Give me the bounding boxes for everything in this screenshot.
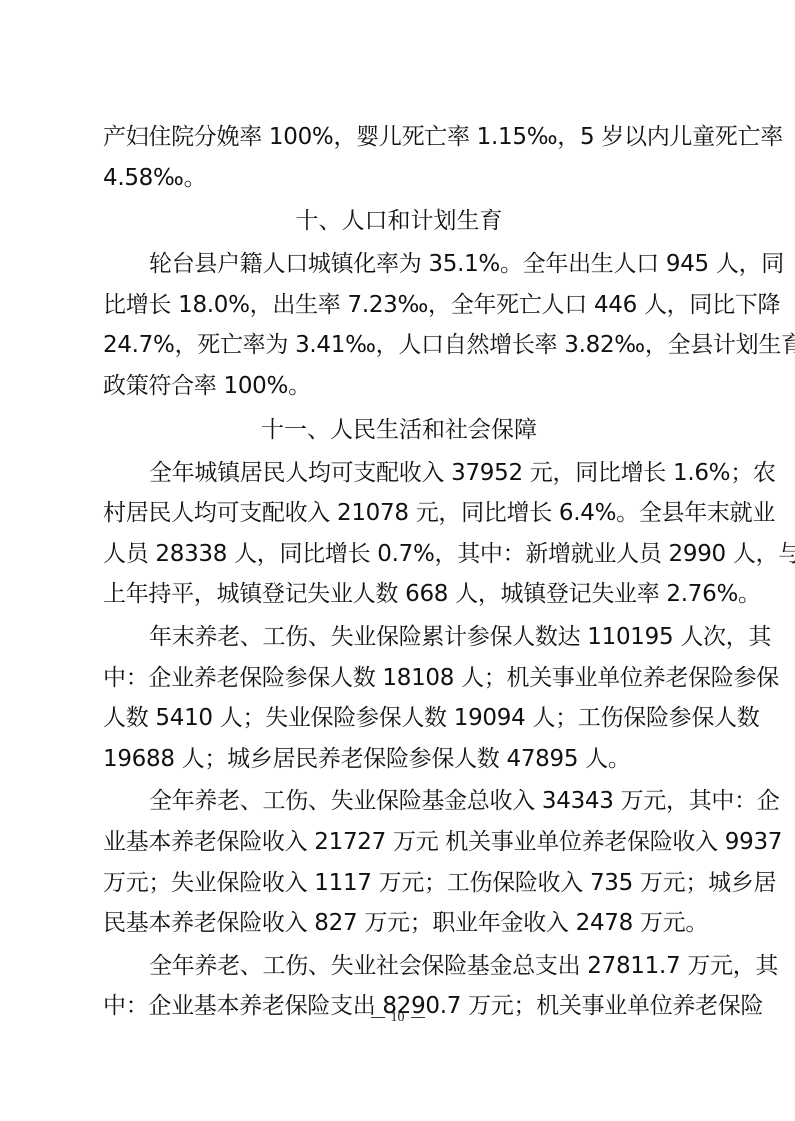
- text-line: 24.7%，死亡率为 3.41‰，人口自然增长率 3.82‰，全县计划生育: [103, 325, 695, 366]
- text-line: 全年养老、工伤、失业保险基金总收入 34343 万元，其中：企: [103, 781, 695, 822]
- paragraph: 年末养老、工伤、失业保险累计参保人数达 110195 人次，其 中：企业养老保险…: [103, 617, 695, 779]
- text-line: 年末养老、工伤、失业保险累计参保人数达 110195 人次，其: [103, 617, 695, 658]
- text-line: 人数 5410 人；失业保险参保人数 19094 人；工伤保险参保人数: [103, 698, 695, 739]
- page-number: 10: [0, 1010, 795, 1026]
- section-heading: 十、人口和计划生育: [103, 198, 695, 244]
- text-line: 村居民人均可支配收入 21078 元，同比增长 6.4%。全县年末就业: [103, 493, 695, 534]
- document-page: 产妇住院分娩率 100%，婴儿死亡率 1.15‰，5 岁以内儿童死亡率 4.58…: [103, 117, 695, 1027]
- text-line: 轮台县户籍人口城镇化率为 35.1%。全年出生人口 945 人，同: [103, 244, 695, 285]
- paragraph: 轮台县户籍人口城镇化率为 35.1%。全年出生人口 945 人，同 比增长 18…: [103, 244, 695, 406]
- section-heading: 十一、人民生活和社会保障: [103, 407, 695, 453]
- dash-decoration: [371, 1017, 385, 1018]
- paragraph: 全年养老、工伤、失业保险基金总收入 34343 万元，其中：企 业基本养老保险收…: [103, 781, 695, 943]
- text-line: 比增长 18.0%，出生率 7.23‰，全年死亡人口 446 人，同比下降: [103, 285, 695, 326]
- intro-paragraph: 产妇住院分娩率 100%，婴儿死亡率 1.15‰，5 岁以内儿童死亡率 4.58…: [103, 117, 695, 198]
- text-line: 民基本养老保险收入 827 万元；职业年金收入 2478 万元。: [103, 903, 695, 944]
- text-line: 产妇住院分娩率 100%，婴儿死亡率 1.15‰，5 岁以内儿童死亡率: [103, 117, 695, 158]
- text-line: 全年城镇居民人均可支配收入 37952 元，同比增长 1.6%；农: [103, 453, 695, 494]
- text-line: 政策符合率 100%。: [103, 366, 695, 407]
- text-line: 4.58‰。: [103, 158, 695, 199]
- section-population: 十、人口和计划生育 轮台县户籍人口城镇化率为 35.1%。全年出生人口 945 …: [103, 198, 695, 406]
- paragraph: 全年城镇居民人均可支配收入 37952 元，同比增长 1.6%；农 村居民人均可…: [103, 453, 695, 615]
- text-line: 19688 人；城乡居民养老保险参保人数 47895 人。: [103, 739, 695, 780]
- section-livelihood-social-security: 十一、人民生活和社会保障 全年城镇居民人均可支配收入 37952 元，同比增长 …: [103, 407, 695, 1027]
- text-line: 人员 28338 人，同比增长 0.7%，其中：新增就业人员 2990 人，与: [103, 534, 695, 575]
- text-line: 万元；失业保险收入 1117 万元；工伤保险收入 735 万元；城乡居: [103, 863, 695, 904]
- text-line: 上年持平，城镇登记失业人数 668 人，城镇登记失业率 2.76%。: [103, 574, 695, 615]
- text-line: 全年养老、工伤、失业社会保险基金总支出 27811.7 万元，其: [103, 946, 695, 987]
- text-line: 业基本养老保险收入 21727 万元 机关事业单位养老保险收入 9937: [103, 822, 695, 863]
- text-line: 中：企业养老保险参保人数 18108 人；机关事业单位养老保险参保: [103, 658, 695, 699]
- dash-decoration: [411, 1017, 425, 1018]
- page-number-value: 10: [391, 1010, 405, 1025]
